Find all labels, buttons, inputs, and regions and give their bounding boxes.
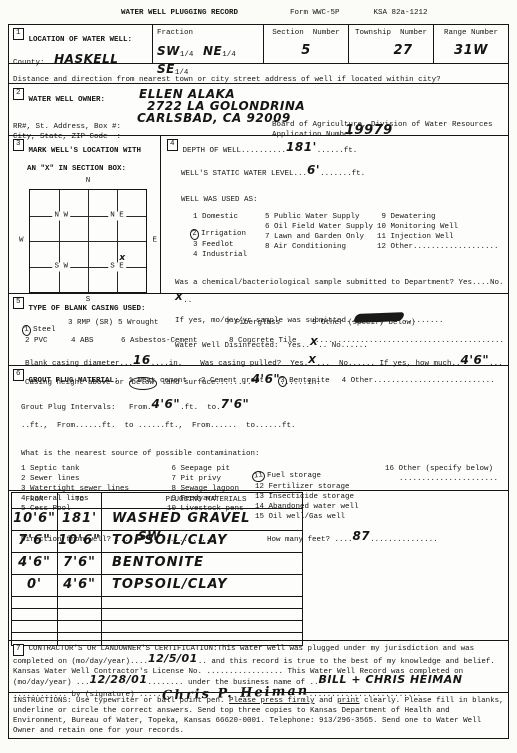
casing-option-7: 7 Fiberglass [226,318,312,336]
section-2-number: 2 [13,88,24,100]
row-from-value: 7'6" [18,534,51,547]
compass-east-label: E [152,237,157,246]
range-number-value: 31W [454,46,488,55]
used-option-2: Irrigation [201,230,246,238]
township-number-label: Township Number [349,28,433,38]
chem-sample-dots: .. [183,297,192,305]
plugging-materials-table: FROM TO PLUGGING MATERIALS 10'6" 181' WA… [11,492,303,646]
section-1-title: LOCATION OF WATER WELL: [29,36,133,44]
row-to-value: 7'6" [63,556,96,569]
section-3-title-line1: MARK WELL'S LOCATION WITH [29,147,142,155]
static-level-units: .......ft. [320,170,365,178]
contam-option-11: Fuel storage [267,472,321,480]
contam-option-2: 2 Sewer lines [21,474,167,484]
contam-option-6: 6 Seepage pit [167,464,255,474]
used-option-10: 10 Monitoring Well [377,222,508,232]
table-header-to: TO [58,493,102,508]
county-label: County: [13,59,45,67]
casing-option-2: 2 PVC [25,336,71,346]
form-number: Form WWC-5P [290,8,340,18]
quadrant-se-label: S E [108,262,126,271]
row-material-value: TOPSOIL/CLAY [112,534,228,547]
grout-option-3-circled: 3 [277,375,287,387]
section-7-certification: 7CONTRACTOR'S OR LANDOWNER'S CERTIFICATI… [9,640,508,692]
used-option-9: 9 Dewatering [377,212,508,222]
table-header-from: FROM [12,493,58,508]
depth-units: ......ft. [317,147,358,155]
section-number-value: 5 [301,46,311,55]
casing-option-1-circled: 1 [21,324,31,336]
used-option-3: 3 Feedlot [193,240,265,250]
form-header: WATER WELL PLUGGING RECORD Form WWC-5P K… [8,6,509,24]
quadrant-ne-label: N E [108,211,126,220]
row-from-value: 10'6" [13,512,56,525]
interval-to-value: 7'6" [221,400,250,409]
how-much-value: 4'6" [461,356,490,365]
row-material-value: WASHED GRAVEL [112,512,250,525]
section-3-map: 3MARK WELL'S LOCATION WITH AN "X" IN SEC… [9,136,161,293]
casing-option-1: Steel [33,326,56,334]
table-row-empty [12,609,302,621]
casing-option-9-dots: ........................................… [315,336,508,346]
scanned-form-page: WATER WELL PLUGGING RECORD Form WWC-5P K… [0,0,517,753]
compass-south-label: S [86,296,91,305]
section-1-location: 1LOCATION OF WATER WELL: County: HASKELL… [9,25,508,63]
row-from-value: 0' [27,578,42,591]
table-row-empty [12,621,302,633]
static-level-value: 6' [307,166,320,175]
row-to-value: 181' [62,512,97,525]
contam-option-16: 16 Other (specify below) [385,464,508,474]
used-option-6: 6 Oil Field Water Supply [265,222,377,232]
compass-north-label: N [86,177,91,186]
casing-option-3: 3 RMP (SR) [68,318,118,336]
casing-diameter-label: Blank casing diameter... [25,360,133,368]
static-level-label: WELL'S STATIC WATER LEVEL... [181,170,307,178]
row-material-value: TOPSOIL/CLAY [112,578,228,591]
table-row: 4'6" 7'6" BENTONITE [12,553,302,575]
section-6-number: 6 [13,369,24,381]
table-header-materials: PLUGGING MATERIALS [102,493,302,508]
table-row: 0' 4'6" TOPSOIL/CLAY [12,575,302,597]
used-option-7: 7 Lawn and Garden Only [265,232,377,242]
used-as-options: 1 Domestic 2Irrigation 3 Feedlot 4 Indus… [167,212,508,260]
used-option-12: 12 Other................... [377,242,508,252]
grout-option-3: Bentonite [289,377,330,385]
used-option-11: 11 Injection Well [377,232,508,242]
used-option-8: 8 Air Conditioning [265,242,377,252]
casing-diameter-value: 16 [133,356,151,365]
contam-option-12: 12 Fertilizer storage [255,482,385,492]
casing-option-9: 9 Other (specify below) [312,318,508,336]
instructions-mid: and [315,697,338,705]
table-row-empty [12,597,302,609]
section-7-number: 7 [13,644,24,656]
grout-intervals-label: Grout Plug Intervals: From. [21,404,152,412]
fraction-1: SW [157,47,180,56]
well-location-x-mark: x [119,253,125,263]
form-title: WATER WELL PLUGGING RECORD [121,8,238,18]
form-ksa-code: KSA 82a-1212 [374,8,428,18]
section-2-title: WATER WELL OWNER: [29,96,106,104]
county-value: HASKELL [54,55,118,64]
township-number-value: 27 [393,46,412,55]
date-completed-value: 12/28/01 [90,676,148,684]
casing-pulled-question: ....in. Was casing pulled? Yes. [151,360,309,368]
grout-option-1: 1 Neat cement [129,377,188,385]
casing-height-value: 4'6" [252,375,281,384]
business-name-value: BILL + CHRIS HEIMAN [319,676,463,684]
used-option-4: 4 Industrial [193,250,265,260]
depth-value: 181' [286,143,317,152]
feet-dots: ............... [370,536,438,544]
fraction-quarter-2: 1/4 [222,51,236,59]
section-2-owner: 2WATER WELL OWNER: ELLEN ALAKA 2722 LA G… [9,83,508,135]
form-body: 1LOCATION OF WATER WELL: County: HASKELL… [8,24,509,739]
chem-sample-question: Was a chemical/bacteriological sample su… [175,279,504,287]
section-5-title: TYPE OF BLANK CASING USED: [29,305,146,313]
application-number-value: 19979 [345,126,393,135]
used-as-label: WELL WAS USED AS: [181,196,258,204]
grout-option-4: 4 Other........................... [342,377,495,385]
casing-option-6: 6 Asbestos-Cement [121,336,229,346]
fraction-2: NE [203,47,222,56]
contam-option-1: 1 Septic tank [21,464,167,474]
row-to-value: 4'6" [63,578,96,591]
section-6-title: GROUT PLUG MATERIAL: [29,377,119,385]
section-1-number: 1 [13,28,24,40]
casing-pulled-yes-x: X [308,356,316,365]
quadrant-nw-label: N W [53,211,71,220]
owner-city-label: City, State, ZIP Code : [13,133,121,141]
owner-city-value: CARLSBAD, CA 92009 [137,114,291,123]
section-5-number: 5 [13,297,24,309]
interval-extra-dots: ..ft., From......ft. to ......ft., From.… [21,422,296,430]
fraction-quarter-1: 1/4 [180,51,194,59]
used-option-2-circled: 2 [189,228,199,240]
contam-option-16-dots: ...................... [385,474,508,484]
section-3-title-line2: AN "X" IN SECTION BOX: [27,165,126,173]
feet-value: 87 [352,532,370,541]
section-number-label: Section Number [264,28,348,38]
chem-sample-no-x: X [175,293,183,302]
interval-from-value: 4'6" [152,400,181,409]
how-much-dots: ... [489,360,503,368]
range-number-label: Range Number [434,28,508,38]
depth-label: DEPTH OF WELL.......... [183,147,287,155]
contam-option-11-circled: 11 [251,470,265,483]
disinfected-yes-x: X [310,338,318,347]
section-4-well-info: 4DEPTH OF WELL..........181'......ft. WE… [161,136,508,293]
section-4-number: 4 [167,139,178,151]
fraction-label: Fraction [157,28,263,38]
casing-option-5: 5 Wrought [118,318,226,336]
fraction-3: SE [157,65,175,74]
how-much-label: ... No...... If yes, how much.. [316,360,460,368]
quadrant-sw-label: S W [53,262,71,271]
casing-option-4: 4 ABS [71,336,121,346]
interval-to-label: .ft. to. [180,404,221,412]
date-plugged-value: 12/5/01 [148,655,198,663]
used-option-1: 1 Domestic [193,212,265,222]
row-to-value: 10'6" [58,534,101,547]
row-from-value: 4'6" [18,556,51,569]
contam-option-7: 7 Pit privy [167,474,255,484]
contamination-question: What is the nearest source of possible c… [21,450,260,458]
table-row: 7'6" 10'6" TOPSOIL/CLAY [12,531,302,553]
section-grid-box: N W N E S W S E x [29,189,147,293]
table-row: 10'6" 181' WASHED GRAVEL [12,509,302,531]
casing-option-8: 8 Concrete Tile [229,336,315,346]
used-option-5: 5 Public Water Supply [265,212,377,222]
instructions-underline-2: print [337,697,360,705]
row-material-value: BENTONITE [112,556,204,569]
compass-west-label: W [19,237,24,246]
